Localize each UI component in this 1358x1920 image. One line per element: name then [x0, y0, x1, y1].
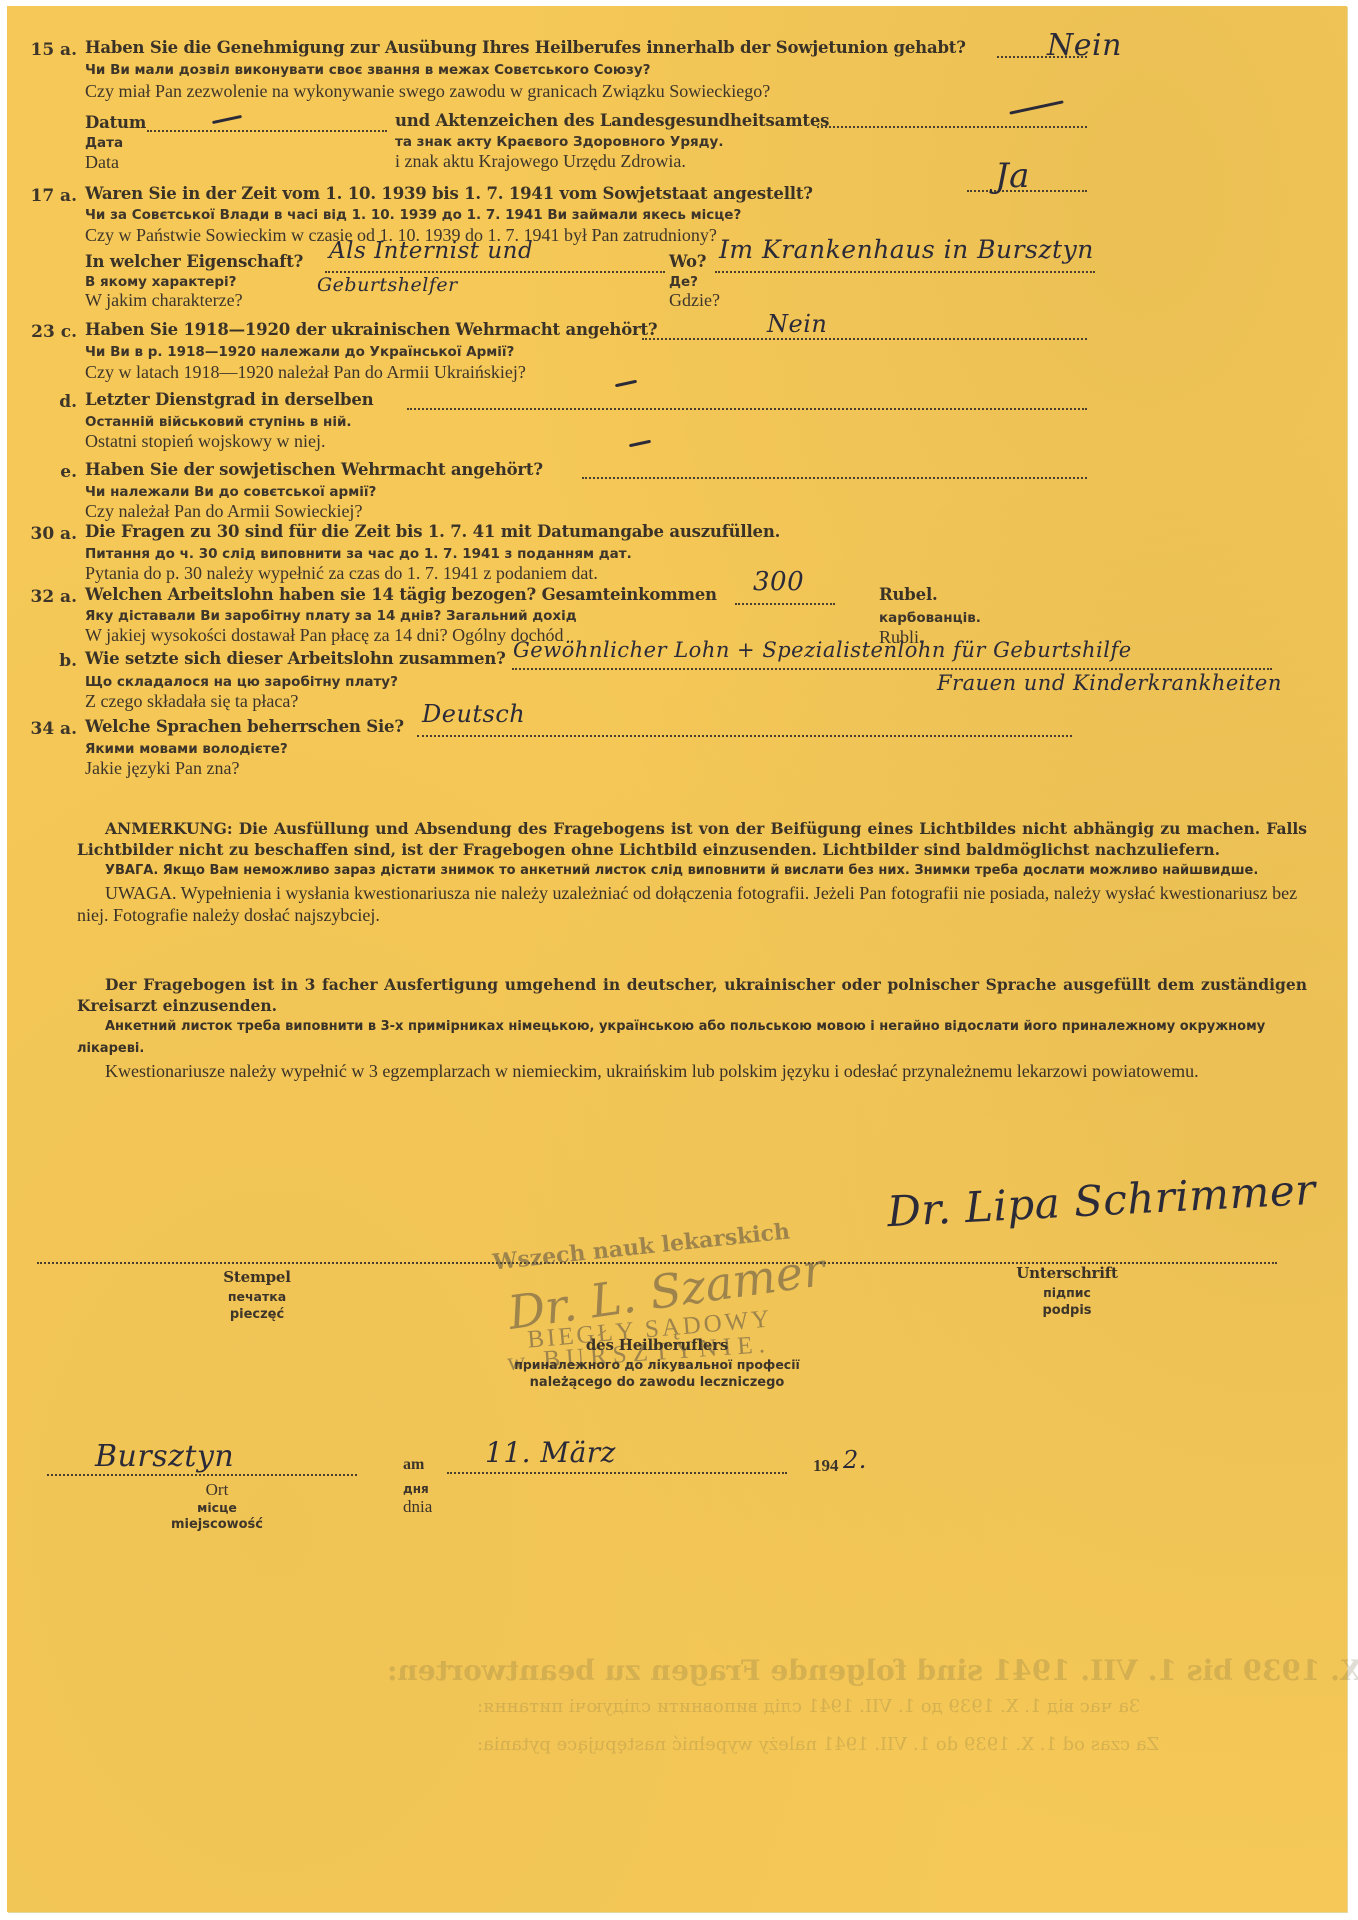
- q30a-german: Die Fragen zu 30 sind für die Zeit bis 1…: [85, 522, 780, 541]
- year-prefix: 194: [813, 1456, 839, 1476]
- q23d-answer-line[interactable]: [407, 408, 1087, 410]
- bleed-through-line2: За час від 1. X. 1939 до 1. VII. 1941 сл…: [477, 1696, 1140, 1717]
- ort-pl: miejscowość: [157, 1517, 277, 1532]
- wo-label-pl: Gdzie?: [669, 290, 720, 311]
- q23d-polish: Ostatni stopień wojskowy w niej.: [85, 431, 326, 452]
- wo-field[interactable]: [715, 271, 1095, 273]
- eigenschaft-answer-line1: Als Internist und: [329, 238, 533, 264]
- q23c-german: Haben Sie 1918—1920 der ukrainischen Weh…: [85, 320, 657, 339]
- q23c-polish: Czy w latach 1918—1920 należał Pan do Ar…: [85, 362, 526, 383]
- q32b-answer-line1: Gewöhnlicher Lohn + Spezialistenlohn für…: [513, 638, 1132, 662]
- q34a-polish: Jakie języki Pan zna?: [85, 758, 239, 779]
- wo-label-de: Wo?: [669, 252, 706, 271]
- q15a-polish: Czy miał Pan zezwolenie na wykonywanie s…: [85, 81, 770, 102]
- heilberufler-pl: należącego do zawodu leczniczego: [447, 1375, 867, 1390]
- notes-submission: Der Fragebogen ist in 3 facher Ausfertig…: [77, 974, 1307, 1082]
- heilberufler-de: des Heilberuflers: [447, 1336, 867, 1354]
- q17a-answer: Ja: [995, 156, 1030, 196]
- q32b-answer-line[interactable]: [512, 668, 1272, 670]
- q15a-ukrainian: Чи Ви мали дозвіл виконувати своє звання…: [85, 62, 650, 78]
- bleed-through-line1: Für die Zeit vom 1. X. 1939 bis 1. VII. …: [387, 1654, 1358, 1687]
- q23c-ukrainian: Чи Ви в р. 1918—1920 належали до Українс…: [85, 344, 514, 360]
- q23e-answer-line[interactable]: [582, 477, 1087, 479]
- uwaga-polish: UWAGA. Wypełnienia i wysłania kwestionar…: [77, 882, 1307, 926]
- uwaga-ukrainian: УВАГА. Якщо Вам неможливо зараз дістати …: [77, 860, 1307, 882]
- q32a-ukrainian: Яку діставали Ви заробітну плату за 14 д…: [85, 608, 577, 624]
- q23d-ukrainian: Останній військовий ступінь в ній.: [85, 414, 352, 430]
- aktenzeichen-answer-dash: [1009, 100, 1063, 114]
- q17a-ukrainian: Чи за Совєтської Влади в часі від 1. 10.…: [85, 207, 741, 223]
- question-number-17a: 17 a.: [7, 186, 77, 206]
- unterschrift-uk: підпис: [1007, 1285, 1127, 1300]
- unterschrift-label: Unterschrift підпис podpis: [1007, 1264, 1127, 1318]
- q32b-ukrainian: Що складалося на цю заробітну плату?: [85, 674, 398, 690]
- doctor-signature: Dr. Lipa Schrimmer: [886, 1165, 1317, 1236]
- aktenzeichen-label-uk: та знак акту Краєвого Здоровного Уряду.: [395, 134, 723, 150]
- q34a-ukrainian: Якими мовами володієте?: [85, 741, 288, 757]
- wo-answer: Im Krankenhaus in Bursztyn: [719, 235, 1094, 264]
- date-field[interactable]: [447, 1472, 787, 1474]
- stempel-pl: pieczęć: [197, 1307, 317, 1322]
- q15a-german: Haben Sie die Genehmigung zur Ausübung I…: [85, 38, 966, 57]
- eigenschaft-label-de: In welcher Eigenschaft?: [85, 252, 303, 271]
- q32a-german: Welchen Arbeitslohn haben sie 14 tägig b…: [85, 585, 717, 604]
- q23e-german: Haben Sie der sowjetischen Wehrmacht ang…: [85, 460, 543, 479]
- unterschrift-pl: podpis: [1007, 1303, 1127, 1318]
- q34a-answer-line[interactable]: [417, 735, 1072, 737]
- aktenzeichen-field[interactable]: [817, 126, 1087, 128]
- q23e-ukrainian: Чи належали Ви до совєтської армії?: [85, 484, 376, 500]
- q32b-answer-line2: Frauen und Kinderkrankheiten: [937, 671, 1282, 695]
- question-number-23e: e.: [7, 462, 77, 482]
- aktenzeichen-label-pl: i znak aktu Krajowego Urzędu Zdrowia.: [395, 151, 686, 172]
- question-number-23d: d.: [7, 392, 77, 412]
- q32a-currency-de: Rubel.: [879, 585, 938, 604]
- ort-answer: Bursztyn: [95, 1439, 234, 1474]
- am-label-uk: дня: [403, 1482, 429, 1496]
- question-number-34a: 34 a.: [7, 719, 77, 739]
- q23d-answer-dash: [615, 380, 637, 388]
- eigenschaft-field[interactable]: [325, 271, 665, 273]
- stempel-label: Stempel печатка pieczęć: [197, 1268, 317, 1322]
- eigenschaft-label-uk: В якому характері?: [85, 274, 237, 290]
- date-answer: 11. März: [485, 1436, 616, 1469]
- q23e-answer-dash: [629, 440, 651, 448]
- questionnaire-page: 15 a. Haben Sie die Genehmigung zur Ausü…: [7, 6, 1347, 1912]
- q23c-answer: Nein: [767, 310, 827, 338]
- question-number-32a: 32 a.: [7, 587, 77, 607]
- q34a-answer: Deutsch: [422, 700, 525, 728]
- anmerkung-german: ANMERKUNG: Die Ausfüllung und Absendung …: [77, 818, 1307, 860]
- aktenzeichen-label-de: und Aktenzeichen des Landesgesundheitsam…: [395, 111, 829, 130]
- datum-field[interactable]: [147, 130, 387, 132]
- datum-label-de: Datum: [85, 113, 146, 132]
- year-suffix: 2.: [843, 1446, 867, 1474]
- bleed-through-line3: Za czas od 1. X. 1939 do 1. VII. 1941 na…: [477, 1734, 1159, 1755]
- question-number-15a: 15 a.: [7, 40, 77, 60]
- stempel-de: Stempel: [197, 1268, 317, 1286]
- eigenschaft-answer-line2: Geburtshelfer: [317, 274, 458, 296]
- question-number-32b: b.: [7, 651, 77, 671]
- fragebogen-german: Der Fragebogen ist in 3 facher Ausfertig…: [77, 974, 1307, 1016]
- q23c-answer-line[interactable]: [642, 338, 1087, 340]
- eigenschaft-label-pl: W jakim charakterze?: [85, 290, 243, 311]
- q30a-polish: Pytania do p. 30 należy wypełnić za czas…: [85, 563, 598, 584]
- datum-answer-dash: [212, 115, 242, 124]
- unterschrift-de: Unterschrift: [1007, 1264, 1127, 1282]
- question-number-23c: 23 c.: [7, 322, 77, 342]
- q17a-german: Waren Sie in der Zeit vom 1. 10. 1939 bi…: [85, 184, 813, 203]
- q34a-german: Welche Sprachen beherrschen Sie?: [85, 717, 404, 736]
- q30a-ukrainian: Питання до ч. 30 слід виповнити за час д…: [85, 546, 632, 562]
- heilberufler-uk: приналежного до лікувальної професії: [447, 1357, 867, 1372]
- q32a-answer-line[interactable]: [735, 603, 835, 605]
- ort-uk: місце: [157, 1500, 277, 1515]
- datum-label-pl: Data: [85, 152, 119, 173]
- q32b-german: Wie setzte sich dieser Arbeitslohn zusam…: [85, 649, 506, 668]
- q23d-german: Letzter Dienstgrad in derselben: [85, 390, 373, 409]
- q32a-answer: 300: [753, 567, 804, 597]
- am-label-de: am: [403, 1456, 424, 1474]
- wo-label-uk: Де?: [669, 274, 698, 290]
- q32a-polish: W jakiej wysokości dostawał Pan płacę za…: [85, 625, 564, 646]
- fragebogen-ukrainian: Анкетний листок треба виповнити в 3-х пр…: [77, 1016, 1307, 1060]
- heilberufler-label: des Heilberuflers приналежного до лікува…: [447, 1336, 867, 1390]
- q15a-answer: Nein: [1047, 28, 1122, 63]
- ort-field[interactable]: [47, 1474, 357, 1476]
- ort-label: Ort місце miejscowość: [157, 1480, 277, 1532]
- q32b-polish: Z czego składała się ta płaca?: [85, 691, 298, 712]
- am-label-pl: dnia: [403, 1497, 432, 1517]
- q32a-currency-uk: карбованців.: [879, 610, 981, 626]
- question-number-30a: 30 a.: [7, 524, 77, 544]
- notes-photo: ANMERKUNG: Die Ausfüllung und Absendung …: [77, 818, 1307, 926]
- q23e-polish: Czy należał Pan do Armii Sowieckiej?: [85, 501, 362, 522]
- stempel-uk: печатка: [197, 1289, 317, 1304]
- ort-de: Ort: [157, 1480, 277, 1500]
- fragebogen-polish: Kwestionariusze należy wypełnić w 3 egze…: [77, 1060, 1307, 1082]
- datum-label-uk: Дата: [85, 135, 123, 151]
